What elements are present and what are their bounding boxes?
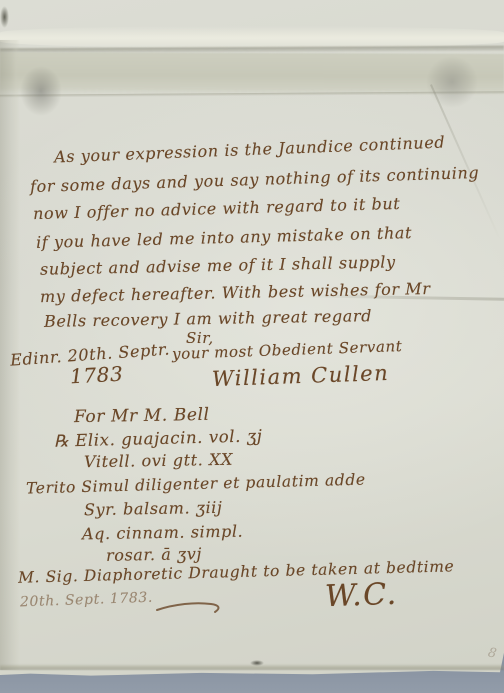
letter-paper: As your expression is the Jaundice conti… [0,0,504,693]
letter-body-line-2: for some days and you say nothing of its… [30,163,480,196]
paper-crease-topright [430,84,501,240]
prescription-rx-line-1: ℞ Elix. guajacin. vol. ʒj [54,426,263,450]
letter-body-line-4: if you have led me into any mistake on t… [36,223,412,252]
ink-stain-left [20,66,62,116]
paper-fold-highlight [0,26,504,48]
letter-body-line-6: my defect hereafter. With best wishes fo… [40,279,431,306]
prescription-rx-line-2: Vitell. ovi gtt. XX [84,450,233,472]
letter-signature: William Cullen [212,361,390,391]
paper-corner-mark [0,6,9,28]
flourish-dash [155,596,225,618]
manuscript-photo: As your expression is the Jaundice conti… [0,0,504,693]
prescription-initials: W.C. [324,577,398,615]
letter-dateline-year: 1783 [69,362,123,389]
letter-body-line-1: As your expression is the Jaundice conti… [54,132,446,166]
prescription-rx-line-4: Syr. balsam. ʒiij [84,498,223,519]
letter-body-line-5: subject and advise me of it I shall supp… [40,252,396,278]
letter-body-line-7: Bells recovery I am with great regard [44,306,372,331]
prescription-rx-line-5: Aq. cinnam. simpl. [82,522,244,544]
paper-bottom-edge-shadow [0,664,504,670]
letter-body-line-3: now I offer no advice with regard to it … [33,194,401,223]
ink-stain-right [426,56,478,108]
prescription-rx-line-3: Terito Simul diligenter et paulatim adde [26,471,366,498]
edge-mark: 8 [487,645,498,661]
prescription-rx-line-6: rosar. ā ʒvj [106,544,202,565]
prescription-footer-date: 20th. Sept. 1783. [20,590,153,611]
prescription-heading: For Mr M. Bell [74,405,210,427]
